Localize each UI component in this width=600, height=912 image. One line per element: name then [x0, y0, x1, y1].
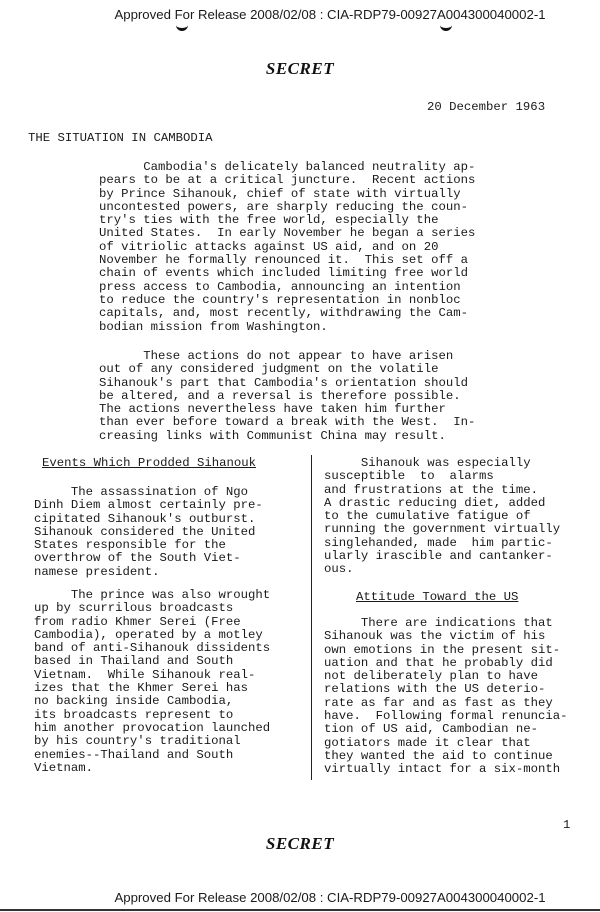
punch-mark [176, 24, 188, 31]
classification-top: SECRET [0, 59, 600, 79]
section-heading-attitude: Attitude Toward the US [356, 591, 518, 604]
page-number: 1 [563, 819, 570, 832]
right-paragraph-2: There are indications that Sihanouk was … [324, 617, 568, 777]
column-divider [311, 455, 312, 780]
left-paragraph-2: The prince was also wrought up by scurri… [34, 589, 270, 775]
right-paragraph-1: Sihanouk was especially susceptible to a… [324, 457, 560, 577]
punch-mark [440, 24, 452, 31]
document-title: THE SITUATION IN CAMBODIA [28, 132, 212, 145]
classification-bottom: SECRET [0, 834, 600, 854]
release-header: Approved For Release 2008/02/08 : CIA-RD… [0, 7, 600, 22]
intro-paragraph-1: Cambodia's delicately balanced neutralit… [99, 161, 475, 334]
intro-paragraph-2: These actions do not appear to have aris… [99, 350, 475, 443]
document-date: 20 December 1963 [427, 101, 545, 114]
release-footer: Approved For Release 2008/02/08 : CIA-RD… [0, 890, 600, 905]
left-paragraph-1: The assassination of Ngo Dinh Diem almos… [34, 486, 263, 579]
bottom-rule [0, 909, 600, 911]
section-heading-events: Events Which Prodded Sihanouk [42, 457, 256, 470]
